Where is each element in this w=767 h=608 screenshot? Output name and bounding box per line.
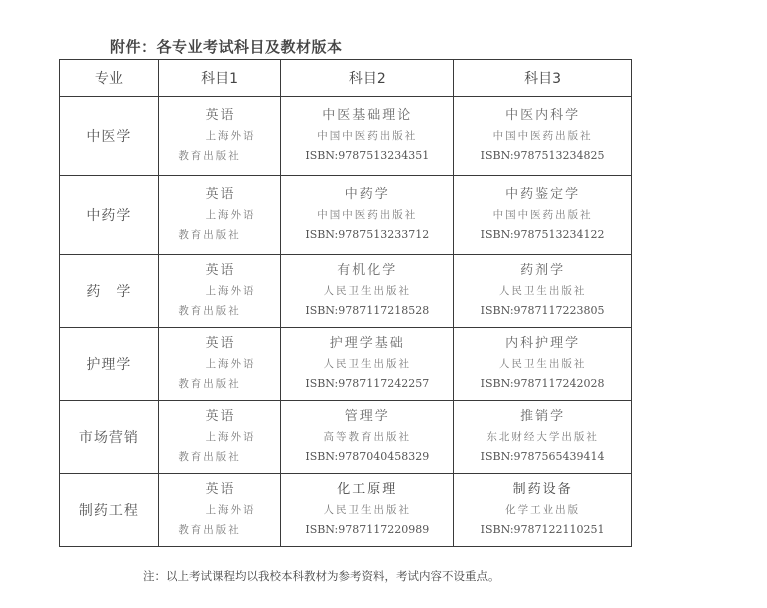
subject2-publisher: 人民卫生出版社	[281, 354, 453, 374]
subject3-isbn: ISBN:9787565439414	[454, 447, 631, 467]
subject2-cell: 有机化学人民卫生出版社ISBN:9787117218528	[281, 255, 454, 328]
subject1-publisher-line2: 教育出版社	[159, 225, 281, 245]
table-row: 药 学英语上海外语教育出版社有机化学人民卫生出版社ISBN:9787117218…	[60, 255, 632, 328]
table-row: 中药学英语上海外语教育出版社中药学中国中医药出版社ISBN:9787513233…	[60, 176, 632, 255]
subject3-name: 内科护理学	[454, 334, 631, 354]
subject3-publisher: 中国中医药出版社	[454, 126, 631, 146]
subject3-isbn: ISBN:9787122110251	[454, 520, 631, 540]
major-cell: 药 学	[60, 255, 159, 328]
subject1-publisher-line1: 上海外语	[159, 205, 281, 225]
subject1-publisher-line2: 教育出版社	[159, 146, 281, 166]
subject2-cell: 管理学高等教育出版社ISBN:9787040458329	[281, 401, 454, 474]
major-name: 药 学	[86, 284, 131, 300]
subject1-name: 英语	[159, 185, 281, 205]
table-row: 中医学英语上海外语教育出版社中医基础理论中国中医药出版社ISBN:9787513…	[60, 97, 632, 176]
subject2-isbn: ISBN:9787040458329	[281, 447, 453, 467]
subject3-publisher: 中国中医药出版社	[454, 205, 631, 225]
subject3-publisher: 东北财经大学出版社	[454, 427, 631, 447]
subject2-isbn: ISBN:9787513233712	[281, 225, 453, 245]
table-row: 制药工程英语上海外语教育出版社化工原理人民卫生出版社ISBN:978711722…	[60, 474, 632, 547]
subject1-name: 英语	[159, 407, 281, 427]
major-cell: 中医学	[60, 97, 159, 176]
subject3-publisher: 化学工业出版	[454, 500, 631, 520]
footnote: 注：以上考试课程均以我校本科教材为参考资料，考试内容不设重点。	[143, 568, 500, 584]
major-cell: 制药工程	[60, 474, 159, 547]
subject1-name: 英语	[159, 334, 281, 354]
table-row: 市场营销英语上海外语教育出版社管理学高等教育出版社ISBN:9787040458…	[60, 401, 632, 474]
subject2-name: 中医基础理论	[281, 106, 453, 126]
subject2-cell: 中药学中国中医药出版社ISBN:9787513233712	[281, 176, 454, 255]
subject2-publisher: 中国中医药出版社	[281, 205, 453, 225]
subject2-cell: 护理学基础人民卫生出版社ISBN:9787117242257	[281, 328, 454, 401]
table-row: 护理学英语上海外语教育出版社护理学基础人民卫生出版社ISBN:978711724…	[60, 328, 632, 401]
subject1-cell: 英语上海外语教育出版社	[158, 97, 281, 176]
subject2-cell: 中医基础理论中国中医药出版社ISBN:9787513234351	[281, 97, 454, 176]
subject1-cell: 英语上海外语教育出版社	[158, 255, 281, 328]
subject3-isbn: ISBN:9787513234122	[454, 225, 631, 245]
table-header-row: 专业 科目1 科目2 科目3	[60, 60, 632, 97]
subject1-cell: 英语上海外语教育出版社	[158, 328, 281, 401]
subject2-publisher: 高等教育出版社	[281, 427, 453, 447]
header-subject1: 科目1	[158, 60, 281, 97]
subject1-publisher-line1: 上海外语	[159, 500, 281, 520]
subject2-name: 中药学	[281, 185, 453, 205]
subject3-name: 中药鉴定学	[454, 185, 631, 205]
subject1-publisher-line2: 教育出版社	[159, 374, 281, 394]
subject3-isbn: ISBN:9787117223805	[454, 301, 631, 321]
subject2-cell: 化工原理人民卫生出版社ISBN:9787117220989	[281, 474, 454, 547]
subject2-name: 管理学	[281, 407, 453, 427]
subject2-isbn: ISBN:9787513234351	[281, 146, 453, 166]
subject3-cell: 推销学东北财经大学出版社ISBN:9787565439414	[454, 401, 632, 474]
major-cell: 市场营销	[60, 401, 159, 474]
subject2-name: 化工原理	[281, 480, 453, 500]
subject1-publisher-line1: 上海外语	[159, 354, 281, 374]
subject3-cell: 中医内科学中国中医药出版社ISBN:9787513234825	[454, 97, 632, 176]
subject2-name: 护理学基础	[281, 334, 453, 354]
subject2-isbn: ISBN:9787117220989	[281, 520, 453, 540]
subject3-name: 制药设备	[454, 480, 631, 500]
subject1-publisher-line1: 上海外语	[159, 126, 281, 146]
subject1-publisher-line1: 上海外语	[159, 281, 281, 301]
subject3-isbn: ISBN:9787117242028	[454, 374, 631, 394]
subject3-name: 推销学	[454, 407, 631, 427]
major-name: 中药学	[86, 208, 131, 224]
subject3-name: 药剂学	[454, 261, 631, 281]
subject3-cell: 药剂学人民卫生出版社ISBN:9787117223805	[454, 255, 632, 328]
subject3-cell: 中药鉴定学中国中医药出版社ISBN:9787513234122	[454, 176, 632, 255]
subject1-publisher-line1: 上海外语	[159, 427, 281, 447]
header-major: 专业	[60, 60, 159, 97]
subject2-publisher: 人民卫生出版社	[281, 281, 453, 301]
subject3-name: 中医内科学	[454, 106, 631, 126]
subject1-name: 英语	[159, 106, 281, 126]
subject2-publisher: 人民卫生出版社	[281, 500, 453, 520]
subject1-publisher-line2: 教育出版社	[159, 520, 281, 540]
header-subject3: 科目3	[454, 60, 632, 97]
subject3-isbn: ISBN:9787513234825	[454, 146, 631, 166]
subject1-name: 英语	[159, 261, 281, 281]
subject1-publisher-line2: 教育出版社	[159, 301, 281, 321]
header-subject2: 科目2	[281, 60, 454, 97]
major-name: 中医学	[86, 129, 131, 145]
subject2-isbn: ISBN:9787117218528	[281, 301, 453, 321]
subject1-cell: 英语上海外语教育出版社	[158, 176, 281, 255]
document-title: 附件：各专业考试科目及教材版本	[110, 36, 343, 57]
major-name: 市场营销	[79, 430, 139, 446]
subject2-name: 有机化学	[281, 261, 453, 281]
exam-subjects-table: 专业 科目1 科目2 科目3 中医学英语上海外语教育出版社中医基础理论中国中医药…	[59, 59, 632, 547]
major-name: 护理学	[86, 357, 131, 373]
subject1-name: 英语	[159, 480, 281, 500]
major-name: 制药工程	[79, 503, 139, 519]
subject2-isbn: ISBN:9787117242257	[281, 374, 453, 394]
subject3-publisher: 人民卫生出版社	[454, 281, 631, 301]
subject3-publisher: 人民卫生出版社	[454, 354, 631, 374]
major-cell: 中药学	[60, 176, 159, 255]
subject2-publisher: 中国中医药出版社	[281, 126, 453, 146]
subject1-cell: 英语上海外语教育出版社	[158, 401, 281, 474]
subject1-publisher-line2: 教育出版社	[159, 447, 281, 467]
subject3-cell: 内科护理学人民卫生出版社ISBN:9787117242028	[454, 328, 632, 401]
subject1-cell: 英语上海外语教育出版社	[158, 474, 281, 547]
major-cell: 护理学	[60, 328, 159, 401]
subject3-cell: 制药设备化学工业出版ISBN:9787122110251	[454, 474, 632, 547]
